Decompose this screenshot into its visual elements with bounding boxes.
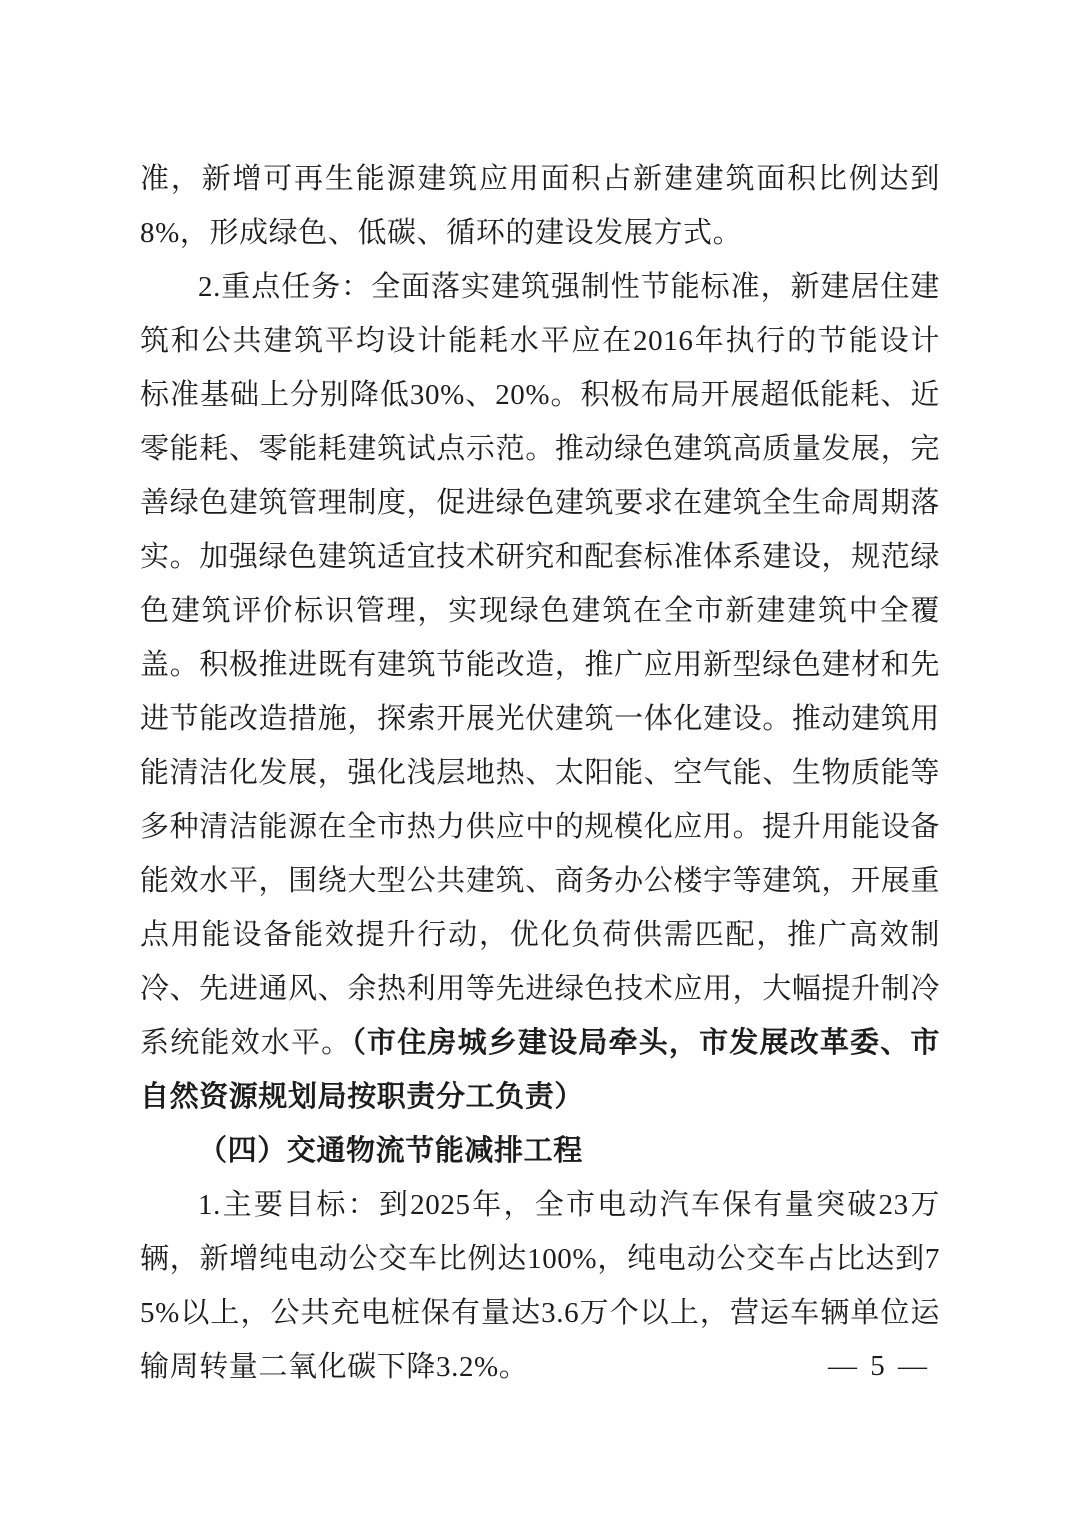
document-body: 准，新增可再生能源建筑应用面积占新建建筑面积比例达到8%，形成绿色、低碳、循环的… — [140, 152, 940, 1394]
paragraph-main-goals: 1.主要目标：到2025年，全市电动汽车保有量突破23万辆，新增纯电动公交车比例… — [140, 1178, 940, 1394]
section-heading-text: （四）交通物流节能减排工程 — [198, 1135, 583, 1167]
document-page: 准，新增可再生能源建筑应用面积占新建建筑面积比例达到8%，形成绿色、低碳、循环的… — [0, 0, 1074, 1520]
paragraph-text: 准，新增可再生能源建筑应用面积占新建建筑面积比例达到8%，形成绿色、低碳、循环的… — [140, 163, 940, 249]
section-heading-transport-logistics: （四）交通物流节能减排工程 — [140, 1124, 940, 1178]
paragraph-key-tasks: 2.重点任务：全面落实建筑强制性节能标准，新建居住建筑和公共建筑平均设计能耗水平… — [140, 260, 940, 1124]
paragraph-continuation: 准，新增可再生能源建筑应用面积占新建建筑面积比例达到8%，形成绿色、低碳、循环的… — [140, 152, 940, 260]
paragraph-text: 2.重点任务：全面落实建筑强制性节能标准，新建居住建筑和公共建筑平均设计能耗水平… — [140, 271, 940, 1059]
page-number: — 5 — — [828, 1346, 930, 1386]
paragraph-text: 1.主要目标：到2025年，全市电动汽车保有量突破23万辆，新增纯电动公交车比例… — [140, 1189, 940, 1383]
